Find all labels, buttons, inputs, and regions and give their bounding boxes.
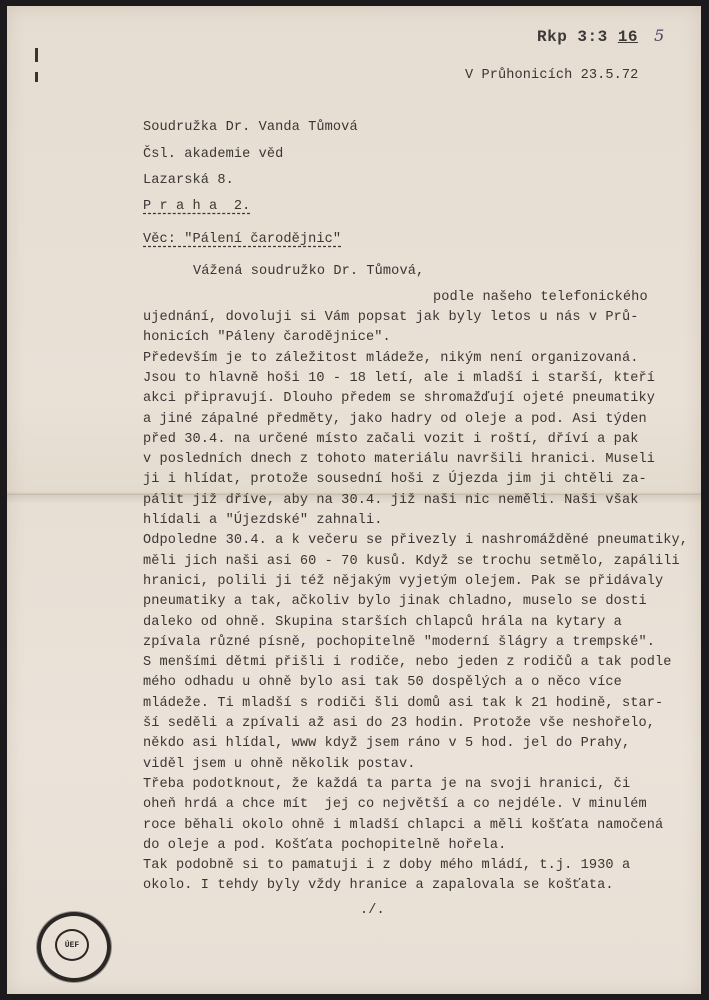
body-line: ji i hlídat, protože sousední hoši z Úje…: [143, 472, 647, 487]
recipient-institution: Čsl. akademie věd: [143, 147, 283, 162]
body-line: ujednání, dovoluji si Vám popsat jak byl…: [143, 310, 638, 325]
body-line: hlídali a "Újezdské" zahnali.: [143, 513, 382, 528]
place-and-date: V Průhonicích 23.5.72: [465, 68, 638, 83]
body-line: Odpoledne 30.4. a k večeru se přivezly i…: [143, 533, 688, 548]
body-line: v posledních dnech z tohoto materiálu na…: [143, 452, 655, 467]
archive-signature-typed: Rkp 3:3: [537, 28, 608, 46]
body-line: Třeba podotknout, že každá ta parta je n…: [143, 777, 630, 792]
archive-signature: Rkp 3:3 16 5: [537, 26, 665, 46]
body-line: roce běhali okolo ohně i mladší chlapci …: [143, 818, 663, 833]
body-line: hranici, polili ji též nějakým vyjetým o…: [143, 574, 663, 589]
body-line: akci připravují. Dlouho předem se shroma…: [143, 391, 655, 406]
body-line: někdo asi hlídal, www když jsem ráno v 5…: [143, 736, 630, 751]
body-line: před 30.4. na určené místo začali vozit …: [143, 432, 638, 447]
stamp-center-text: ÚEF: [55, 929, 89, 961]
recipient-street: Lazarská 8.: [143, 173, 234, 188]
body-line: pneumatiky a tak, ačkoliv bylo jinak chl…: [143, 594, 647, 609]
body-line: ší seděli a zpívali až asi do 23 hodin. …: [143, 716, 655, 731]
body-line: pálit již dříve, aby na 30.4. již naši n…: [143, 493, 638, 508]
salutation: Vážená soudružko Dr. Tůmová,: [193, 264, 424, 279]
body-line: honicích "Páleny čarodějnice".: [143, 330, 391, 345]
recipient-name: Soudružka Dr. Vanda Tůmová: [143, 120, 358, 135]
body-line: mládeže. Ti mladší s rodiči šli domů asi…: [143, 696, 663, 711]
punch-hole-marks: [31, 46, 43, 86]
body-line: okolo. I tehdy byly vždy hranice a zapal…: [143, 878, 614, 893]
body-line: Především je to záležitost mládeže, niký…: [143, 351, 638, 366]
body-line: S menšími dětmi přišli i rodiče, nebo je…: [143, 655, 671, 670]
body-line: Jsou to hlavně hoši 10 - 18 letí, ale i …: [143, 371, 655, 386]
body-line: Tak podobně si to pamatuji i z doby mého…: [143, 858, 630, 873]
body-line: oheň hrdá a chce mít jej co největší a c…: [143, 797, 647, 812]
subject-line: Věc: "Pálení čarodějnic": [143, 232, 341, 247]
body-line: a jiné zápalné předměty, jako hadry od o…: [143, 412, 647, 427]
body-line: do oleje a pod. Košťata pochopitelně hoř…: [143, 838, 506, 853]
body-line: daleko od ohně. Skupina starších chlapců…: [143, 615, 622, 630]
opening-line: podle našeho telefonického: [433, 290, 648, 305]
archive-signature-handwritten: 5: [654, 26, 665, 45]
recipient-city: P r a h a 2.: [143, 199, 250, 214]
continuation-mark: ./.: [360, 903, 385, 918]
body-line: měli jich naši asi 60 - 70 kusů. Když se…: [143, 554, 680, 569]
institution-stamp: ÚSTAV PRO ETNOGRAFII A FOLKLORISTIKU ČSA…: [37, 912, 111, 982]
letter-page: Rkp 3:3 16 5 V Průhonicích 23.5.72 Soudr…: [7, 6, 701, 994]
archive-signature-stamped: 16: [618, 28, 638, 46]
body-line: viděl jsem u ohně několik postav.: [143, 757, 416, 772]
body-line: mého odhadu u ohně bylo asi tak 50 dospě…: [143, 675, 622, 690]
body-line: zpívala různé písně, pochopitelně "moder…: [143, 635, 655, 650]
